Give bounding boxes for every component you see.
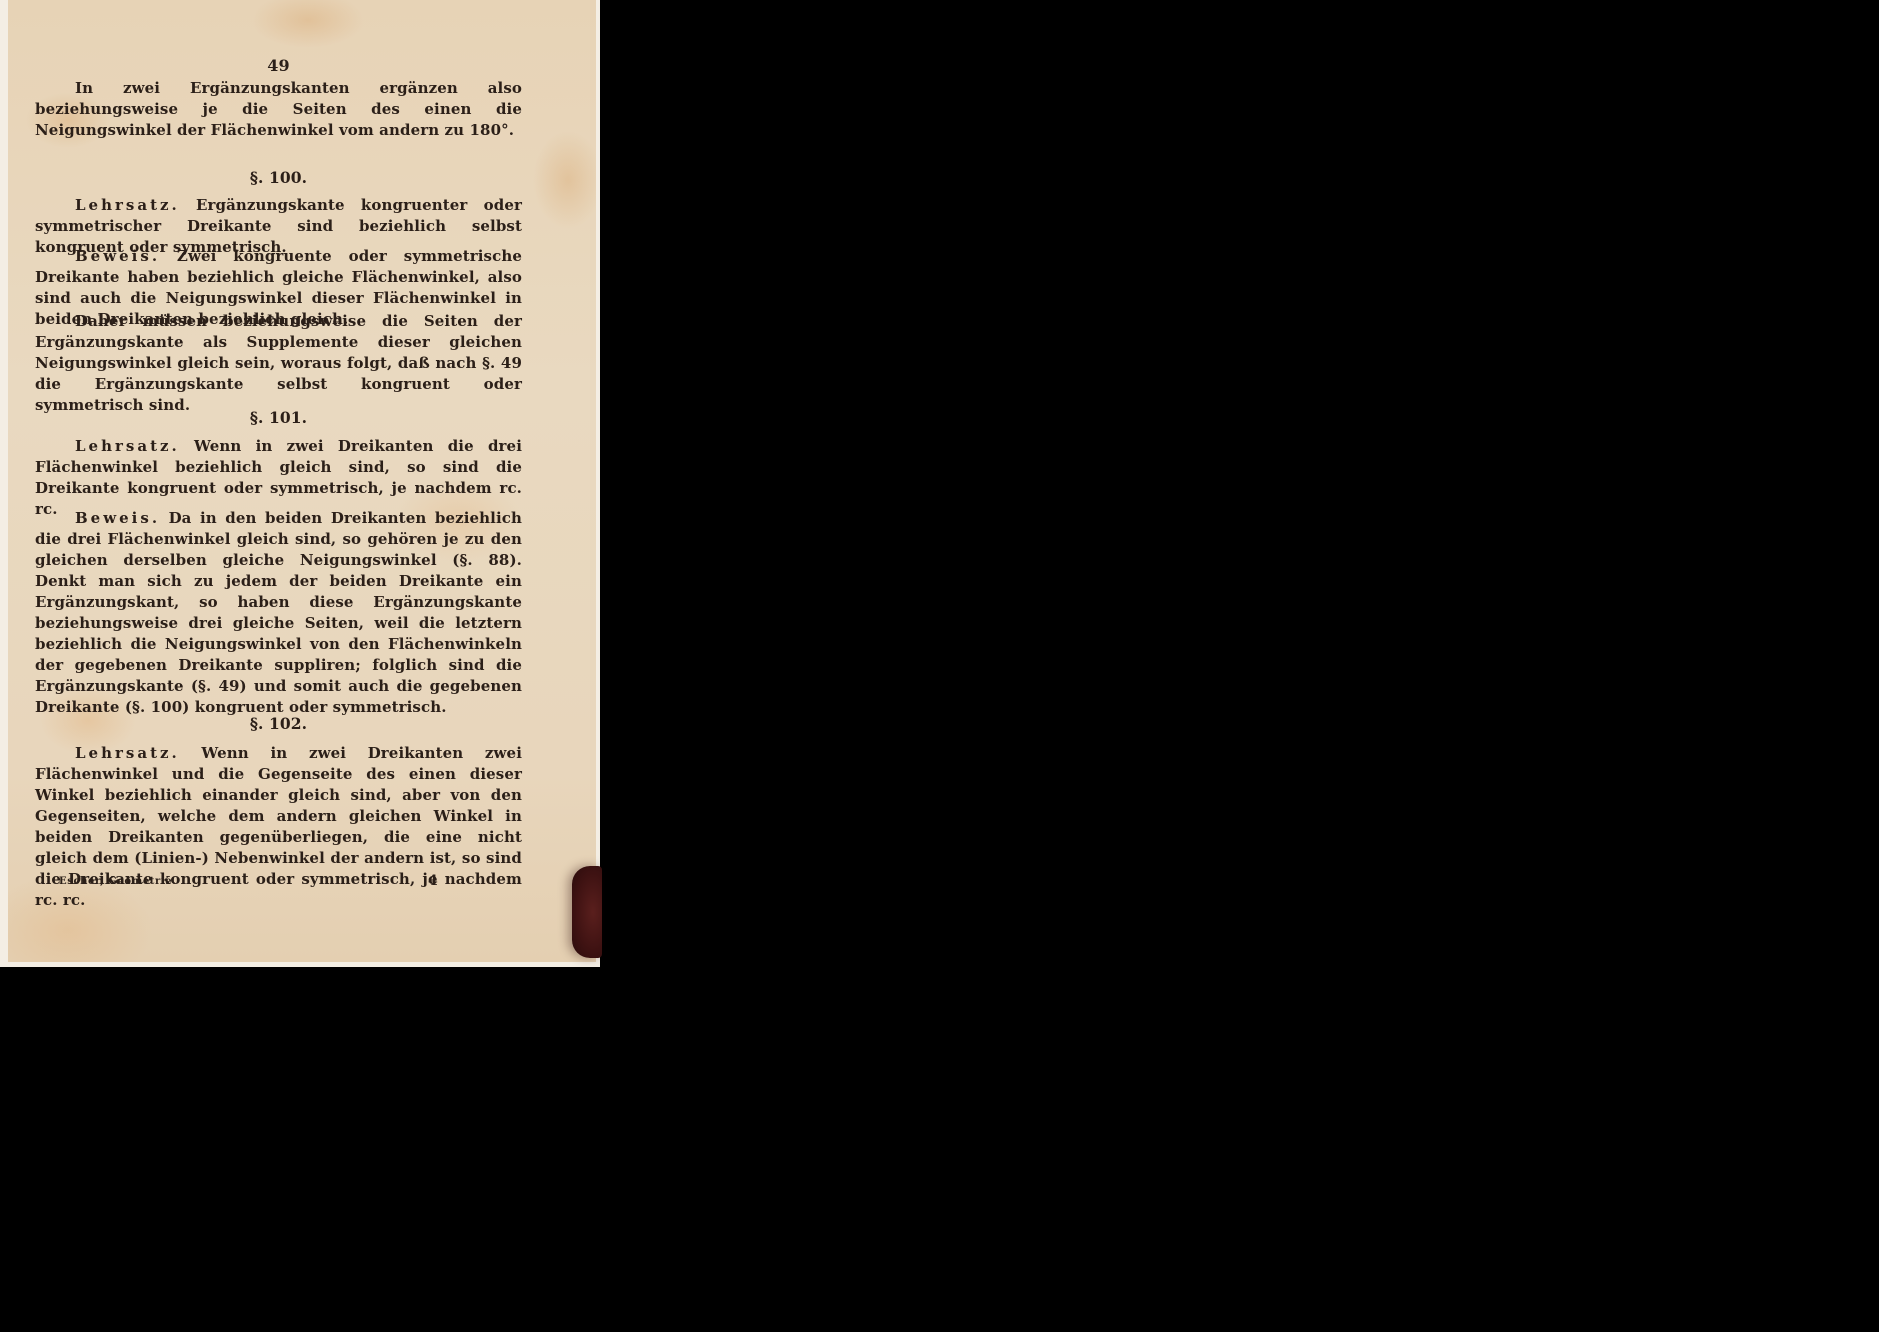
page-number: 49 [35,56,522,75]
section-heading-102: §. 102. [35,714,522,733]
section-heading-100: §. 100. [35,168,522,187]
paragraph-intro: In zwei Ergänzungskanten ergänzen also b… [35,78,522,141]
section-heading-101: §. 101. [35,408,522,427]
theorem-label: Lehrsatz. [75,196,180,214]
thumb-in-scan [572,866,602,958]
proof-text: Da in den beiden Dreikanten beziehlich d… [35,509,522,716]
proof-label: Beweis. [75,247,160,265]
scanned-page-area: 49 In zwei Ergänzungskanten ergänzen als… [0,0,600,967]
book-page: 49 In zwei Ergänzungskanten ergänzen als… [8,0,596,962]
theorem-label: Lehrsatz. [75,744,180,762]
signature-mark: 4 [428,873,438,889]
printer-signature: Escher, Geometrie. [59,876,176,887]
paragraph-conclusion-100: Daher müssen beziehungsweise die Seiten … [35,311,522,416]
proof-label: Beweis. [75,509,160,527]
theorem-label: Lehrsatz. [75,437,180,455]
proof-101: Beweis. Da in den beiden Dreikanten bezi… [35,508,522,718]
